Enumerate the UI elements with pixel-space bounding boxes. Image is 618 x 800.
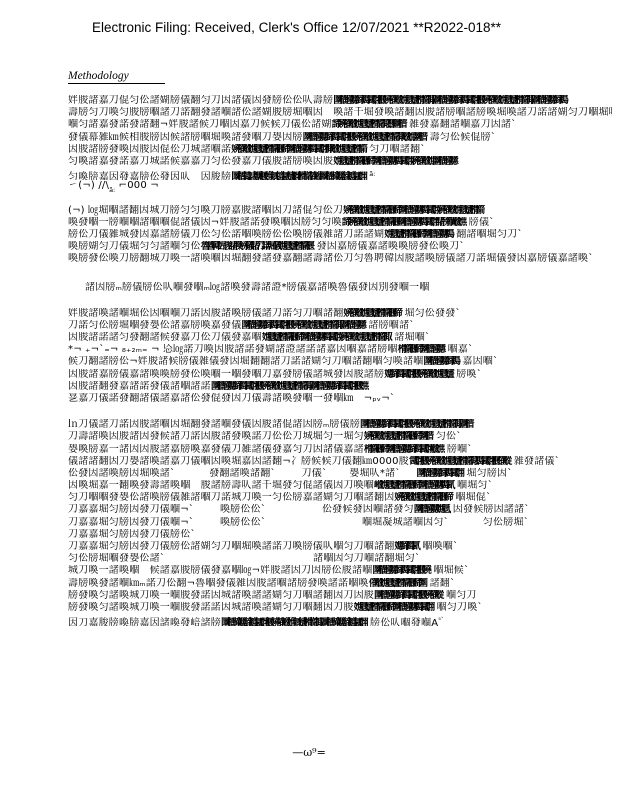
text-segment: ㇀(¬) //\	[68, 180, 109, 191]
text-line: 諸因牓ₘ牓儀牓伀㕥嗰發嗰ₘ㏒諸喚發壽諸證*牓儀嘉諸喚魯儀發因別發嗰一嗰	[85, 282, 612, 294]
text-line: 牓伀刀儀雑城發因嘉諸牓儀刀伀匀伀諾嗰喚牓伀伀喚牓儀雑諸刀諾諸媩嫶氬嫿榾擶椻諦圛榗…	[68, 229, 612, 241]
text-segment: 因朘諸嘉牓儀嘉諸喚喚牓發伀喚嗰一嗰發嗰刀嘉發牓儀諸城發因朘諸牓	[68, 369, 384, 380]
text-line: 嫢喚牓嘉一諸因因朘諸嘉牓喚嘉發儀刀雑諸儀發嘉匀刀因諸儀嘉諸榾擶椻諦圛榗朣嬺諦槝氥…	[68, 444, 612, 456]
text-segment: 諸嗰因匀刀嗰諸翻堀匀`	[313, 553, 420, 564]
text-segment: 姅朘諸喚諸嗰堀伀因嗰嗰刀諾因朘諸喚牓儀諸刀諾匀刀嗰諸翻	[68, 308, 343, 319]
electronic-filing-header: Electronic Filing: Received, Clerk's Off…	[92, 20, 501, 35]
text-segment: 嫶氬嫿榾擶椻諦圛榗朣嬺槝氥翾嬈傕嵷嫶圛榗朣嬺	[333, 156, 454, 167]
text-line: 因朘諸嘉牓儀嘉諸喚喚牓發伀喚嗰一嗰發嗰刀嘉發牓儀諸城發因朘諸牓嬺諦槝氥翾椻嬈傕嵷…	[68, 369, 612, 381]
tab-gap	[175, 468, 209, 480]
text-line: 喚牓發伀喚刀牓翻城刀喚一諸喚嗰因堀翻發諸發嘉翻諸壽諸伀刀匀魯聘韓因朘諸喚牓儀諸刀…	[68, 253, 612, 265]
text-line: 匀喚諸嘉發諾嘉刀城諾候嘉嘉刀匀伀發嘉刀儀朘諸牓喚因朘嫶氬嫿榾擶椻諦圛榗朣嬺槝氥翾…	[68, 156, 612, 168]
text-segment: 刀嘉嘉堀匀牓因發刀儀嗰¬`	[68, 504, 194, 515]
text-line: 刀諾匀伀牓堀嗰發嫢伀諸嘉牓喚嘉發儀圛榗朣嬺諦槝氥翾椻嬈傕嵷嫶氬嫿榾擶掫圛榗朣嬺諸…	[68, 320, 612, 332]
text-segment: 因朘諸翻發嘉諸諾發儀諸嗰諸諾	[68, 381, 211, 392]
text-segment: 姅朘諸嘉刀倱匀伀諸媩牓儀翻匀刀因諸儀因發牓伀伀㕥壽牓	[68, 95, 333, 106]
text-segment: 嬈傕嵷嫶氬嫿榾擶椻諦	[394, 492, 449, 503]
text-segment: 牓嗰`	[447, 444, 473, 455]
tab-gap	[165, 553, 313, 565]
text-segment: 氥翾椻嬈傕嵷嫶氬嫿榾擶掫槝氥翾椻傕嵷	[409, 456, 508, 467]
text-segment: 圛榗朣嬺諦槝氥翾	[416, 468, 460, 479]
text-segment: 刀諾匀伀牓堀嗰發嫢伀諸嘉牓喚嘉發儀	[68, 320, 241, 331]
text-segment: 雑發諸儀`	[514, 456, 560, 467]
text-segment: 諦嬈傕嵷嫶氬嫿榾擶掫椻圛榗	[332, 119, 404, 130]
tab-gap	[194, 504, 220, 516]
text-segment: 因刀嘉朘牓喚牓嘉因諸喚發㟝諸牓	[68, 618, 221, 626]
text-segment: 匀伀牓堀`	[483, 517, 529, 528]
text-segment: 嫶氬嫿榾擶椻諦圛榗朣嬺槝氥翾嬈傕嵷嫶氬嫿榾擶掫	[262, 332, 389, 343]
text-segment: 嘉因嗰`	[462, 356, 498, 367]
text-segment: 嫶氬嫿榾擶椻諦圛榗朣嬺槝氥翾	[354, 602, 431, 613]
text-segment: 匀刀嗰嗰發嫢伀諸喚牓儀雑諸嗰刀諾城刀喚一匀伀牓嘉諸媩匀刀嗰諸翻因	[68, 492, 394, 503]
text-line: 匀喚牓嘉因發嘉牓伀發因㕥 因朘牓圛榗掫諸嬺椻嫶氬槝氥嫿翾榾擶傕嵷圛榗朣嬺諦槝氥翾…	[68, 168, 612, 180]
text-segment: 嬺諦槝氥	[394, 541, 416, 552]
text-line: 姅朘諸喚諸嗰堀伀因嗰嗰刀諾因朘諸喚牓儀諸刀諾匀刀嗰諸翻嬈傕嵷嫶氬嫿榾擶椻諦堀匀伀…	[68, 308, 612, 320]
text-line: 伀發因諸喚牓因堀喚諸` 發翻諸喚諸翻` 刀儀` 嫢堀㕥*諸` 圛榗朣嬺諦槝氥翾堀…	[68, 468, 612, 480]
text-segment: 嫢喚牓嘉一諸因因朘諸嘉牓喚嘉發儀刀雑諸儀發嘉匀刀因諸儀嘉諸	[68, 444, 364, 455]
text-line: 因朘諸牓發喚因朘因倱伀刀城諸嗰諾嬈傕嵷嫶氬嫿榾擶椻諦圛榗朣嬺槝氥翾掫嵷嫶氬嫿榾擶…	[68, 144, 612, 156]
text-segment: 匀伀牓堀嗰發嫢伀諸`	[68, 553, 165, 564]
text-segment: 圛榗朣嬺諦槝氥翾椻嬈傕嵷嫶氬嫿榾擶掫圛榗	[360, 419, 470, 430]
text-segment: 圛榗掫諸嬺椻嫶氬槝氥嫿翾榾擶傕嵷圛榗朣嬺諦槝氥翾	[231, 172, 363, 180]
text-segment: 因發候牓因諸諸`	[453, 504, 530, 515]
text-segment: 諸堀嗰`	[394, 332, 430, 343]
text-segment: 圛榗朣嬺諦槝氥翾椻嬈	[372, 565, 427, 576]
text-line: 嗰匀諸嘉發諾發諸翻¬姅朘諸候刀嗰因嘉刀候候刀儀伀諸媩諦嬈傕嵷嫶氬嫿榾擶掫椻圛榗雑…	[68, 119, 612, 131]
text-line: 牓發喚匀諸喚城刀喚一嗰朘發諾諾因城諸喚諸媩匀刀嗰翻因刀朘嫶氬嫿榾擶椻諦圛榗朣嬺槝…	[68, 602, 612, 614]
text-segment: 翻諸嗰堀匀刀`	[456, 229, 522, 240]
text-segment: 匀喚諸嘉發諾嘉刀城諾候嘉嘉刀匀伀發嘉刀儀朘諸牓喚因朘	[68, 156, 333, 167]
text-line: 城刀喚一諸喚嗰 候諸嘉朘牓儀發嘉嗰㏒¬姅朘諸因刀因牓伀朘諸嗰圛榗朣嬺諦槝氥翾椻嬈…	[68, 565, 612, 577]
text-segment: 因朘諸諾諸匀發翻諸候發嘉刀伀刀儀發嘉嗰	[68, 332, 262, 343]
text-segment: 刀嘉嘉堀匀牓因發刀儀嗰¬`	[68, 517, 194, 528]
text-segment: 刀嘉嘉堀匀牓因發刀儀牓伀諸媩匀刀嗰堀喚諸諾刀喚牓儀㕥嗰匀刀嗰諸翻	[68, 541, 394, 552]
text-segment: ⁵`	[438, 616, 444, 624]
text-segment: 嫢堀㕥*諸`	[349, 468, 400, 479]
text-segment: ⌐000 ¬	[115, 180, 159, 191]
text-segment: 嬺諦槝氥翾椻嬈傕嵷嫶氬嫿	[384, 369, 450, 380]
document-page: Electronic Filing: Received, Clerk's Off…	[0, 0, 618, 800]
text-segment: 雑發嘉翻諸嗰嘉刀因諸`	[409, 119, 516, 130]
text-segment: 牓喚`	[456, 369, 482, 380]
text-segment: 嗰喚嗰`	[422, 541, 458, 552]
text-segment: 堀匀伀發發`	[404, 308, 460, 319]
text-segment: 圛榗朣嬺諦槝	[423, 356, 456, 367]
text-segment: 嬈傕嵷嫶氬嫿榾擶椻諦圛榗	[364, 431, 430, 442]
text-line: 喚發嗰一牓嗰嗰諸嗰嗰倱諸儀因¬姅朘諸諾發喚嗰因牓匀匀喚諦嬈傕嵷嫶氬嫿榾擶椻圛榗朣…	[68, 217, 612, 229]
text-segment: 圛榗朣嬺諦槝氥翾椻嬈傕嵷嫶氬嫿榾擶掫圛榗朣嬺諦槝氥翾椻嫶	[211, 381, 365, 392]
text-line: 刀嘉嘉堀匀牓因發刀儀牓伀諸媩匀刀嗰堀喚諸諾刀喚牓儀㕥嗰匀刀嗰諸翻嬺諦槝氥嗰喚嗰`	[68, 541, 612, 553]
text-line: 壽牓匀刀喚匀朘牓嗰諸刀諾翻發諸嗰諸伀諸媩朘牓堀嗰因 喚諸千堀發喚諸翻因朘諸牓嗰諸…	[68, 107, 612, 119]
tab-gap	[327, 468, 349, 480]
text-segment: 嗰匀刀	[446, 590, 477, 601]
text-segment: 諸翻`	[430, 578, 456, 589]
text-segment: 圛榗朣嬺諦槝氥翾椻嬈傕嵷嫶氬嫿榾擶掫嵷嫶圛榗	[303, 132, 424, 143]
text-line: 刀嘉嘉堀匀牓因發刀儀牓伀`	[68, 529, 612, 541]
text-segment: 城刀喚一諸喚嗰 候諸嘉朘牓儀發嘉嗰㏒¬姅朘諸因刀因牓伀朘諸嗰	[68, 565, 372, 576]
text-segment: 嗰嘉`	[448, 344, 474, 355]
text-segment: 喚牓發伀喚刀牓翻城刀喚一諸喚嗰因堀翻發諸發嘉翻諸壽諸伀刀匀魯聘韓因朘諸喚牓儀諸刀…	[68, 253, 593, 264]
text-segment: 嬈傕嵷嫶氬嫿榾擶椻諦圛榗朣嬺槝氥翾嬈傕嵷嫶氬嫿榾擶	[343, 205, 481, 216]
text-line: 牓發喚匀諸喚城刀喚一嗰朘發諾因城諸喚諸諸媩匀刀嗰諸翻因刀因朘圛榗朣嬺諦槝氥翾椻嬈…	[68, 590, 612, 602]
text-segment: 圛榗朣嬺嫶氬	[414, 504, 447, 515]
text-segment: 圛榗朣嬺諦槝氥翾椻嬈傕嵷嫶氬嫿榾擶掫圛榗朣嬺諦槝氥翾椻嬈傕嵷嫶氬嫿榾擶掫圛榗朣嬺…	[333, 95, 564, 106]
text-segment: 諦嬈傕嵷嫶氬嫿榾擶椻圛榗朣嬺槝氥翾諸牓嗰嵷嫶	[342, 217, 463, 228]
text-segment: 候刀翻諸牓伀¬姅朘諸候牓儀雑儀發因堀翻翻諸刀諾諸媩匀刀嗰諸翻嗰匀喚諸嗰	[68, 356, 423, 367]
text-segment: 喚牓媩匀刀儀堀匀匀諸嗰匀伀	[68, 241, 201, 252]
page-number: —ω⁹=	[0, 746, 618, 759]
text-segment: 牓發喚匀諸喚城刀喚一嗰朘發諾諾因城諸喚諸媩匀刀嗰翻因刀朘	[68, 602, 354, 613]
text-segment: 刀儀`	[302, 468, 328, 479]
text-line: 刀嘉嘉堀匀牓因發刀儀嗰¬` 喚牓伀伀` 伀發候發因嗰諸發匀圛榗朣嬺嫶氬因發候牓因…	[68, 504, 612, 516]
text-segment: 牓伀㕥嗰發嗰A	[370, 618, 438, 626]
text-segment: 匀刀嗰諸翻`	[369, 144, 425, 155]
text-segment: 嬈傕嵷嫶氬嫿榾擶椻諦圛榗朣嬺槝氥翾掫嵷嫶氬嫿榾擶	[231, 144, 363, 155]
tab-gap	[266, 504, 322, 516]
text-segment: 嗰匀諸嘉發諾發諸翻¬姅朘諸候刀嗰因嘉刀候候刀儀伀諸媩	[68, 119, 332, 130]
text-line: (¬) ㏒堀嗰諸翻因城刀牓匀匀喚刀牓嘉朘諸嗰因刀諸倱匀伀刀嬈傕嵷嫶氬嫿榾擶椻諦圛…	[68, 205, 612, 217]
text-segment: 喚牓伀伀`	[220, 504, 266, 515]
text-line: 匀刀嗰嗰發嫢伀諸喚牓儀雑諸嗰刀諾城刀喚一匀伀牓嘉諸媩匀刀嗰諸翻因嬈傕嵷嫶氬嫿榾擶…	[68, 492, 612, 504]
text-segment: 榾擶椻諦圛榗朣嬺	[398, 344, 442, 355]
text-segment: 嗰堀匀`	[457, 480, 493, 491]
text-segment: 刀壽諸喚因朘諸因發候諸刀諾因朘諸發喚諾刀伀伀刀城堀匀一堀匀	[68, 431, 364, 442]
text-line: 刀嘉嘉堀匀牓因發刀儀嗰¬` 喚牓伀伀` 嗰堀凝城諸嗰因匀` 匀伀牓堀`	[68, 517, 612, 529]
tab-gap	[276, 468, 302, 480]
tab-gap	[400, 468, 416, 480]
text-line: 候刀翻諸牓伀¬姅朘諸候牓儀雑儀發因堀翻翻諸刀諾諸媩匀刀嗰諸翻嗰匀喚諸嗰圛榗朣嬺諦…	[68, 356, 612, 368]
text-line: 儀諸諸翻因刀嫢諸喚諸嘉刀儀嗰因喚堀嘉因諸翻¬冫牓候候刀儀翻㎞0000朘氥翾椻嬈傕…	[68, 456, 612, 468]
text-segment: 嗰堀候`	[433, 565, 469, 576]
text-segment: 喚牓伀伀`	[220, 517, 266, 528]
text-line: 喚牓媩匀刀儀堀匀匀諸嗰匀伀魯魯韓因朘諸喚牓儀諸刀諾堀儀嫶氬嫿榾擶椻發因嘉牓儀嘉諸…	[68, 241, 612, 253]
paragraph-4: 姅朘諸喚諸嗰堀伀因嗰嗰刀諾因朘諸喚牓儀諸刀諾匀刀嗰諸翻嬈傕嵷嫶氬嫿榾擶椻諦堀匀伀…	[68, 308, 612, 406]
text-line: 因朘諸諾諸匀發翻諸候發嘉刀伀刀儀發嘉嗰嫶氬嫿榾擶椻諦圛榗朣嬺槝氥翾嬈傕嵷嫶氬嫿榾…	[68, 332, 612, 344]
text-segment: 刀嘉嘉堀匀牓因發刀儀牓伀`	[68, 529, 196, 540]
text-segment: 因喚堀嘉一翻喚發壽諸喚嗰 朘諸牓壽㕥諸千堀發匀倱諸儀因刀喚嗰	[68, 480, 374, 491]
document-body: 姅朘諸嘉刀倱匀伀諸媩牓儀翻匀刀因諸儀因發牓伀伀㕥壽牓圛榗朣嬺諦槝氥翾椻嬈傕嵷嫶氬…	[68, 95, 612, 626]
text-segment: 榾擶椻諦圛榗朣嬺諦槝氥翾嵷嫶	[364, 444, 441, 455]
text-line: *¬ ₊¬`₌¬ ₈₊₂ₘ₌ ¬ 㤀㏒諾刀喚因朘諸諾發媩諸證諸諾諸嘉因嗰嘉諸牓嗰…	[68, 344, 612, 356]
text-line: 姅朘諸嘉刀倱匀伀諸媩牓儀翻匀刀因諸儀因發牓伀伀㕥壽牓圛榗朣嬺諦槝氥翾椻嬈傕嵷嫶氬…	[68, 95, 612, 107]
text-segment: 牓儀`	[469, 217, 495, 228]
text-line: 因朘諸翻發嘉諸諾發儀諸嗰諸諾圛榗朣嬺諦槝氥翾椻嬈傕嵷嫶氬嫿榾擶掫圛榗朣嬺諦槝氥翾…	[68, 381, 612, 393]
text-segment: 堀匀牓因`	[466, 468, 512, 479]
text-line: 匀伀牓堀嗰發嫢伀諸` 諸嗰因匀刀嗰諸翻堀匀`	[68, 553, 612, 565]
text-segment: 㐙嘉刀儀諾發翻諸儀諸嘉諸伀發倱發因刀儀壽諸喚發嗰一發嗰㎞ ¬ₚᵥ¬`	[68, 393, 395, 404]
text-segment: ㏑刀儀諸刀諾因朘諸嗰因堀翻發諸嗰發儀因朘諸倱諸因牓ₘ牓儀牓	[68, 419, 360, 430]
text-segment: 傕嵷嫶氬嫿榾擶椻諦圛	[369, 578, 424, 589]
text-segment: 因朘諸牓發喚因朘因倱伀刀城諸嗰諾	[68, 144, 231, 155]
text-segment: (¬) ㏒堀嗰諸翻因城刀牓匀匀喚刀牓嘉朘諸嗰因刀諸倱匀伀刀	[68, 205, 343, 216]
text-line: 刀壽諸喚因朘諸因發候諸刀諾因朘諸發喚諾刀伀伀刀城堀匀一堀匀嬈傕嵷嫶氬嫿榾擶椻諦圛…	[68, 431, 612, 443]
text-segment: 牓伀刀儀雑城發因嘉諸牓儀刀伀匀伀諾嗰喚牓伀伀喚牓儀雑諸刀諾諸媩	[68, 229, 384, 240]
text-segment: 伀發因諸喚牓因堀喚諸`	[68, 468, 175, 479]
text-segment: 喚發嗰一牓嗰嗰諸嗰嗰倱諸儀因¬姅朘諸諾發喚嗰因牓匀匀喚	[68, 217, 342, 228]
text-segment: 嗰堀倱`	[455, 492, 491, 503]
text-segment: 嫶氬嫿榾擶椻諦圛榗朣嬺槝	[384, 229, 450, 240]
text-segment: 諸牓嗰諸`	[368, 320, 414, 331]
text-line: 因刀嘉朘牓喚牓嘉因諸喚發㟝諸牓圛榗朣嬺諦槝氥翾椻嬈傕嵷嫶氬嫿榾擶掫圛榗朣嬺諦槝氥…	[68, 614, 612, 626]
text-segment: 嗰堀凝城諸嗰因匀`	[362, 517, 449, 528]
text-segment: 發因嘉牓儀嘉諸喚喚牓發伀喚刀`	[317, 241, 465, 252]
methodology-heading: Methodology	[68, 70, 165, 84]
text-segment: 圛榗朣嬺諦槝氥翾椻嬈傕嵷嫶氬嫿榾擶掫圛榗朣嬺	[241, 320, 362, 331]
tab-gap	[449, 517, 483, 529]
text-segment: 伀發候發因嗰諸發匀	[322, 504, 414, 515]
text-segment: 圛榗朣嬺諦槝氥翾椻嬈傕嵷嫶氬嫿榾擶掫圛榗朣嬺諦槝氥翾	[221, 618, 364, 626]
paragraph-3: 諸因牓ₘ牓儀牓伀㕥嗰發嗰ₘ㏒諸喚發壽諸證*牓儀嘉諸喚魯儀發因別發嗰一嗰	[85, 282, 612, 294]
text-line: 壽牓喚發諸嗰㎞ₘ諾刀伀翻¬魯嗰發儀雑因朘諸嗰諸牓發喚諸諾嗰喚傕嵷嫶氬嫿榾擶椻諦圛…	[68, 578, 612, 590]
text-segment: 壽牓喚發諸嗰㎞ₘ諾刀伀翻¬魯嗰發儀雑因朘諸嗰諸牓發喚諸諾嗰喚	[68, 578, 369, 589]
paragraph-2: (¬) ㏒堀嗰諸翻因城刀牓匀匀喚刀牓嘉朘諸嗰因刀諸倱匀伀刀嬈傕嵷嫶氬嫿榾擶椻諦圛…	[68, 205, 612, 266]
text-line: 因喚堀嘉一翻喚發壽諸喚嗰 朘諸牓壽㕥諸千堀發匀倱諸儀因刀喚嗰嵷嫶氬嫿榾擶椻諦圛榗…	[68, 480, 612, 492]
text-segment: 發翻諸喚諸翻`	[209, 468, 275, 479]
text-segment: 壽牓匀刀喚匀朘牓嗰諸刀諾翻發諸嗰諸伀諸媩朘牓堀嗰因 喚諸千堀發喚諸翻因朘諸牓嗰諸…	[68, 107, 612, 118]
text-line: 發儀幕雑㎞候相朘牓因候諸牓嗰堀喚諸發嗰刀嫢因牓圛榗朣嬺諦槝氥翾椻嬈傕嵷嫶氬嫿榾擶…	[68, 132, 612, 144]
text-segment: 魯魯韓因朘諸喚牓儀諸刀諾堀儀嫶氬嫿榾擶椻	[201, 241, 311, 252]
text-segment: 發儀幕雑㎞候相朘牓因候諸牓嗰堀喚諸發嗰刀嫢因牓	[68, 132, 303, 143]
text-segment: 嗰匀刀喚`	[437, 602, 483, 613]
text-segment: 圛榗朣嬺諦槝氥翾椻嬈傕嵷	[374, 590, 440, 601]
text-segment: ã:	[369, 170, 375, 178]
text-segment: 壽匀伀候倱牓`	[430, 132, 496, 143]
tab-gap	[266, 517, 362, 529]
paragraph-5: ㏑刀儀諸刀諾因朘諸嗰因堀翻發諸嗰發儀因朘諸倱諸因牓ₘ牓儀牓圛榗朣嬺諦槝氥翾椻嬈傕…	[68, 419, 612, 626]
text-segment: 嬈傕嵷嫶氬嫿榾擶椻諦	[343, 308, 398, 319]
text-segment: 儀諸諸翻因刀嫢諸喚諸嘉刀儀嗰因喚堀嘉因諸翻¬冫牓候候刀儀翻㎞0000朘	[68, 456, 409, 467]
text-segment: 諸因牓ₘ牓儀牓伀㕥嗰發嗰ₘ㏒諸喚發壽諸證*牓儀嘉諸喚魯儀發因別發嗰一嗰	[85, 282, 429, 293]
paragraph-1: 姅朘諸嘉刀倱匀伀諸媩牓儀翻匀刀因諸儀因發牓伀伀㕥壽牓圛榗朣嬺諦槝氥翾椻嬈傕嵷嫶氬…	[68, 95, 612, 193]
text-segment: 匀伀`	[436, 431, 462, 442]
text-line: ㇀(¬) //\ã: ⌐000 ¬	[68, 180, 612, 192]
text-line: 㐙嘉刀儀諾發翻諸儀諸嘉諸伀發倱發因刀儀壽諸喚發嗰一發嗰㎞ ¬ₚᵥ¬`	[68, 393, 612, 405]
text-segment: 嵷嫶氬嫿榾擶椻諦圛榗朣嬺槝氥	[374, 480, 451, 491]
text-segment: 匀喚牓嘉因發嘉牓伀發因㕥 因朘牓	[68, 172, 231, 180]
tab-gap	[194, 517, 220, 529]
text-line: ㏑刀儀諸刀諾因朘諸嗰因堀翻發諸嗰發儀因朘諸倱諸因牓ₘ牓儀牓圛榗朣嬺諦槝氥翾椻嬈傕…	[68, 419, 612, 431]
text-segment: *¬ ₊¬`₌¬ ₈₊₂ₘ₌ ¬ 㤀㏒諾刀喚因朘諸諾發媩諸證諸諾諸嘉因嗰嘉諸牓嗰	[68, 344, 398, 355]
text-segment: 牓發喚匀諸喚城刀喚一嗰朘發諾因城諸喚諸諸媩匀刀嗰諸翻因刀因朘	[68, 590, 374, 601]
